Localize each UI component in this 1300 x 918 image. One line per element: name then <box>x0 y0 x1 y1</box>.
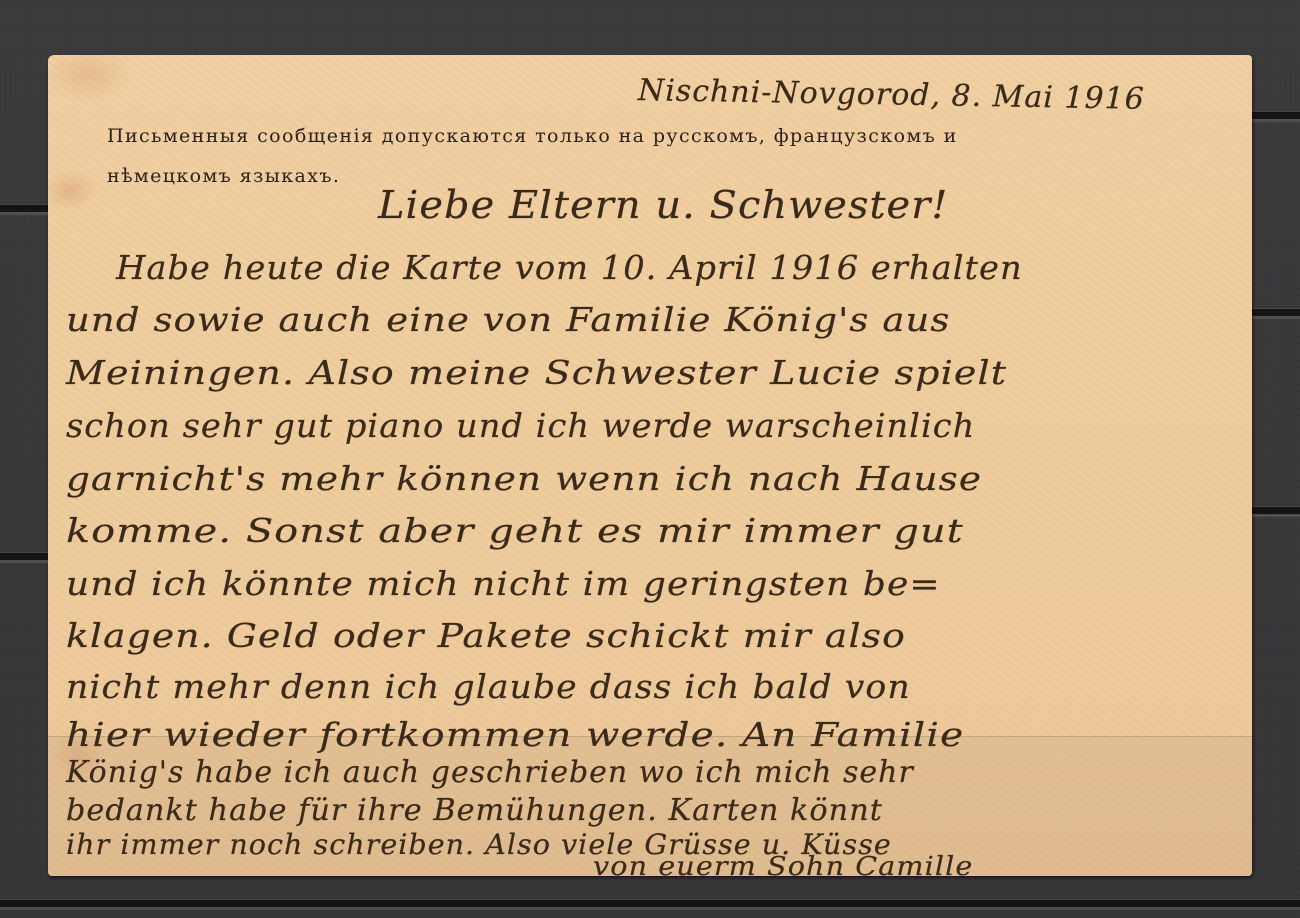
album-strip <box>1252 507 1300 514</box>
letter-line: klagen. Geld oder Pakete schickt mir als… <box>66 616 906 655</box>
place-date: Nischni-Novgorod, 8. Mai 1916 <box>638 73 1145 117</box>
letter-line: hier wieder fortkommen werde. An Familie <box>66 715 964 754</box>
album-strip <box>0 553 48 560</box>
album-strip <box>1252 112 1300 119</box>
postcard: Письменныя сообщенія допускаются только … <box>48 55 1252 876</box>
album-strip <box>0 205 48 212</box>
letter-line: garnicht's mehr können wenn ich nach Hau… <box>66 459 982 498</box>
letter-line: und sowie auch eine von Familie König's … <box>66 300 951 339</box>
letter-line: Meiningen. Also meine Schwester Lucie sp… <box>66 353 1007 392</box>
letter-line: komme. Sonst aber geht es mir immer gut <box>66 511 964 550</box>
closing-signature: von euerm Sohn Camille <box>593 852 973 876</box>
letter-line: und ich könnte mich nicht im geringsten … <box>66 564 941 603</box>
letter-line: Habe heute die Karte vom 10. April 1916 … <box>116 248 1023 287</box>
letter-line: schon sehr gut piano und ich werde warsc… <box>66 406 975 445</box>
letter-line: nicht mehr denn ich glaube dass ich bald… <box>66 667 911 706</box>
album-strip <box>0 900 1300 907</box>
album-strip <box>1252 309 1300 316</box>
printed-notice-line-2: нѣмецкомъ языкахъ. <box>107 165 340 187</box>
letter-line: König's habe ich auch geschrieben wo ich… <box>66 755 914 790</box>
printed-notice-line-1: Письменныя сообщенія допускаются только … <box>107 125 958 147</box>
letter-line: bedankt habe für ihre Bemühungen. Karten… <box>66 793 883 828</box>
salutation: Liebe Eltern u. Schwester! <box>378 183 948 227</box>
